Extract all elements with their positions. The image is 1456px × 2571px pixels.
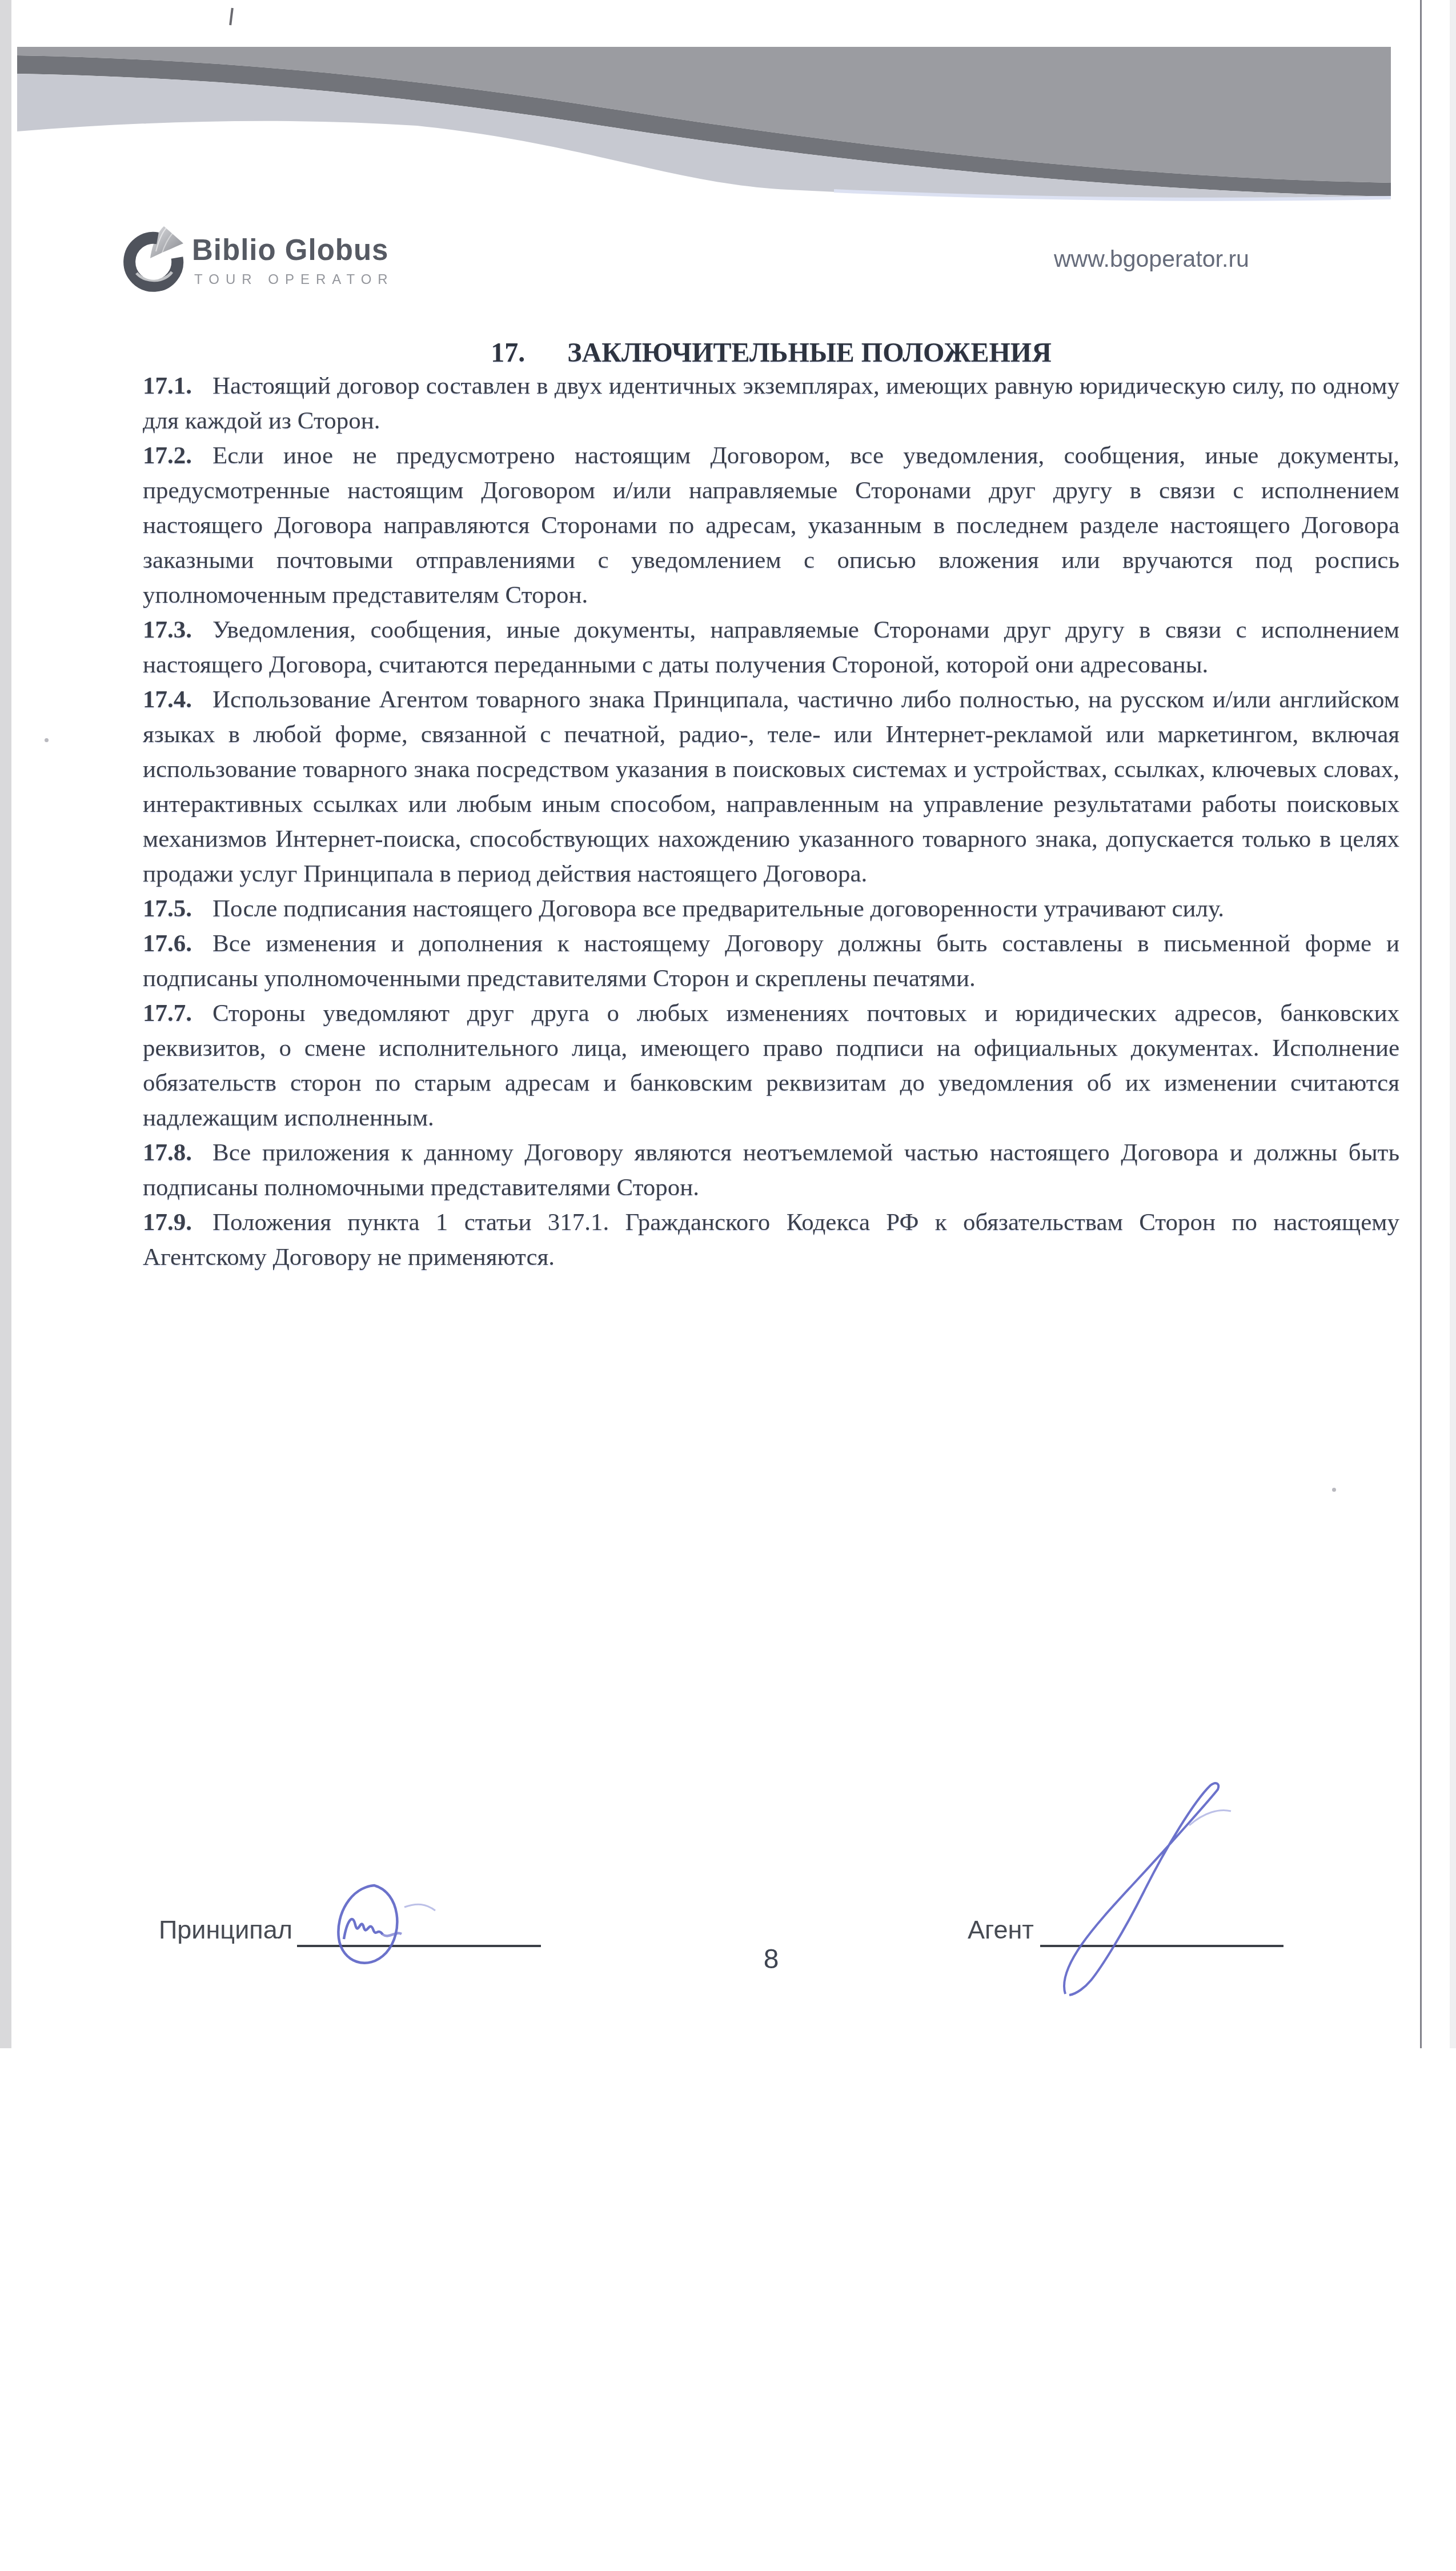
biblio-globus-logo-icon: [123, 223, 190, 293]
clause-text: После подписания настоящего Договора все…: [212, 895, 1224, 922]
section-number: 17.: [491, 338, 525, 368]
clause-text: Использование Агентом товарного знака Пр…: [143, 686, 1399, 887]
clause: 17.9.Положения пункта 1 статьи 317.1. Гр…: [143, 1205, 1399, 1275]
clause-text: Если иное не предусмотрено настоящим Дог…: [143, 442, 1399, 608]
brand-name: Biblio Globus: [192, 233, 388, 267]
clause: 17.1.Настоящий договор составлен в двух …: [143, 369, 1399, 438]
clause: 17.8.Все приложения к данному Договору я…: [143, 1135, 1399, 1205]
clause-text: Уведомления, сообщения, иные документы, …: [143, 616, 1399, 678]
website-url: www.bgoperator.ru: [1054, 246, 1249, 273]
clause: 17.5.После подписания настоящего Договор…: [143, 891, 1399, 926]
page-number: 8: [143, 1944, 1399, 1975]
clause-number: 17.2.: [143, 442, 212, 469]
clause-text: Все изменения и дополнения к настоящему …: [143, 930, 1399, 992]
clause-number: 17.1.: [143, 373, 212, 399]
clause-number: 17.9.: [143, 1209, 212, 1236]
clause: 17.3.Уведомления, сообщения, иные докуме…: [143, 612, 1399, 682]
section-title-text: ЗАКЛЮЧИТЕЛЬНЫЕ ПОЛОЖЕНИЯ: [567, 338, 1052, 368]
scan-artifact-tick: [229, 8, 234, 25]
brand-tagline: TOUR OPERATOR: [194, 272, 394, 288]
clause-text: Положения пункта 1 статьи 317.1. Граждан…: [143, 1209, 1399, 1271]
clause-number: 17.3.: [143, 616, 212, 643]
clause-text: Все приложения к данному Договору являют…: [143, 1139, 1399, 1201]
clause-number: 17.5.: [143, 895, 212, 922]
clause-number: 17.7.: [143, 1000, 212, 1027]
clauses-block: 17.1.Настоящий договор составлен в двух …: [143, 369, 1399, 1275]
section-title: 17.ЗАКЛЮЧИТЕЛЬНЫЕ ПОЛОЖЕНИЯ: [143, 337, 1399, 369]
scan-edge-right-line: [1420, 0, 1422, 2048]
clause: 17.6.Все изменения и дополнения к настоя…: [143, 926, 1399, 996]
scan-edge-left: [0, 0, 11, 2048]
scan-edge-right-strip: [1450, 0, 1456, 2048]
scanned-contract-page: Biblio Globus TOUR OPERATOR www.bgoperat…: [0, 0, 1456, 2571]
scan-speck: [45, 738, 49, 742]
header-wave-decoration: [17, 47, 1391, 207]
clause-text: Настоящий договор составлен в двух идент…: [143, 373, 1399, 434]
clause-number: 17.4.: [143, 686, 212, 713]
clause-number: 17.6.: [143, 930, 212, 957]
principal-label: Принципал: [159, 1915, 292, 1945]
clause: 17.2.Если иное не предусмотрено настоящи…: [143, 438, 1399, 612]
agent-label: Агент: [968, 1915, 1034, 1945]
clause: 17.7.Стороны уведомляют друг друга о люб…: [143, 996, 1399, 1135]
scan-speck: [1332, 1488, 1336, 1492]
clause-number: 17.8.: [143, 1139, 212, 1166]
clause-text: Стороны уведомляют друг друга о любых из…: [143, 1000, 1399, 1131]
clause: 17.4.Использование Агентом товарного зна…: [143, 682, 1399, 891]
